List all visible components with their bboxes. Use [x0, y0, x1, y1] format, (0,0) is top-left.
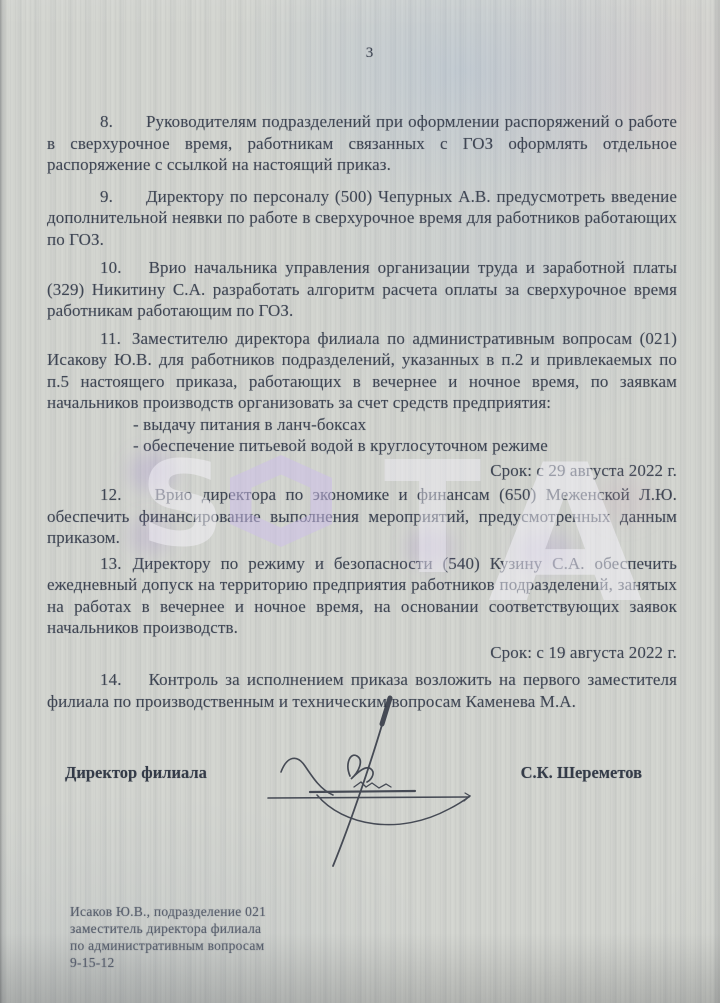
paragraph-14: 14.Контроль за исполнением приказа возло… — [47, 669, 677, 712]
paragraph-text: Врио директора по экономике и финансам (… — [47, 485, 677, 547]
signature-stroke — [464, 793, 470, 801]
paragraph-10: 10.Врио начальника управления организаци… — [47, 257, 677, 322]
footer-line-executor: Исаков Ю.В., подразделение 021 — [70, 903, 266, 920]
deadline-29-august: Срок: с 29 августа 2022 г. — [47, 460, 677, 482]
deadline-19-august: Срок: с 19 августа 2022 г. — [47, 642, 677, 664]
paragraph-tab — [122, 272, 149, 273]
paragraph-text: Директору по персоналу (500) Чепурных А.… — [47, 187, 677, 249]
signer-position-title: Директор филиала — [65, 763, 207, 783]
paragraph-text: Директору по режиму и безопасности (540)… — [47, 554, 677, 638]
paragraph-12: 12.Врио директора по экономике и финанса… — [47, 484, 677, 549]
document-photo: 3 8.Руководителям подразделений при офор… — [0, 0, 720, 1003]
paragraph-text: Врио начальника управления организации т… — [47, 258, 677, 320]
signature-stroke — [333, 718, 384, 866]
paragraph-number: 13. — [100, 554, 122, 573]
paragraph-8: 8.Руководителям подразделений при оформл… — [47, 111, 677, 176]
paragraph-number: 9. — [100, 187, 113, 206]
paragraph-tab — [122, 684, 149, 685]
document-body: 3 8.Руководителям подразделений при офор… — [47, 0, 677, 712]
paragraph-tab — [113, 126, 146, 127]
paragraph-9: 9.Директору по персоналу (500) Чепурных … — [47, 186, 677, 251]
paragraph-number: 8. — [100, 112, 113, 131]
paragraph-tab — [122, 499, 155, 500]
signature-block: Директор филиала С.К. Шереметов — [65, 763, 642, 783]
paragraph-text: Заместителю директора филиала по админис… — [47, 329, 677, 413]
paragraph-number: 12. — [100, 485, 122, 504]
paragraph-number: 14. — [100, 670, 122, 689]
paragraph-number: 10. — [100, 258, 122, 277]
paragraph-tab — [121, 343, 132, 344]
paragraph-number: 11. — [100, 329, 121, 348]
paragraph-text: Руководителям подразделений при оформлен… — [47, 112, 677, 174]
signature-stroke — [317, 795, 470, 825]
signature-stroke — [310, 791, 415, 792]
footer-line-position-2: по административным вопросам — [70, 937, 266, 954]
signer-name: С.К. Шереметов — [521, 763, 642, 783]
paragraph-11: 11.Заместителю директора филиала по адми… — [47, 328, 677, 414]
paragraph-13: 13.Директору по режиму и безопасности (5… — [47, 553, 677, 639]
paragraph-text: Контроль за исполнением приказа возложит… — [47, 670, 677, 711]
signature-stroke — [268, 797, 469, 798]
page-number: 3 — [47, 42, 677, 64]
footer-note: Исаков Ю.В., подразделение 021 заместите… — [70, 903, 266, 971]
list-item-lunchboxes: - выдачу питания в ланч-боксах — [133, 414, 677, 436]
paragraph-tab — [122, 568, 133, 569]
footer-line-position-1: заместитель директора филиала — [70, 920, 266, 937]
footer-line-phone: 9-15-12 — [70, 954, 266, 971]
list-item-water: - обеспечение питьевой водой в круглосут… — [133, 435, 677, 457]
paragraph-tab — [113, 201, 146, 202]
